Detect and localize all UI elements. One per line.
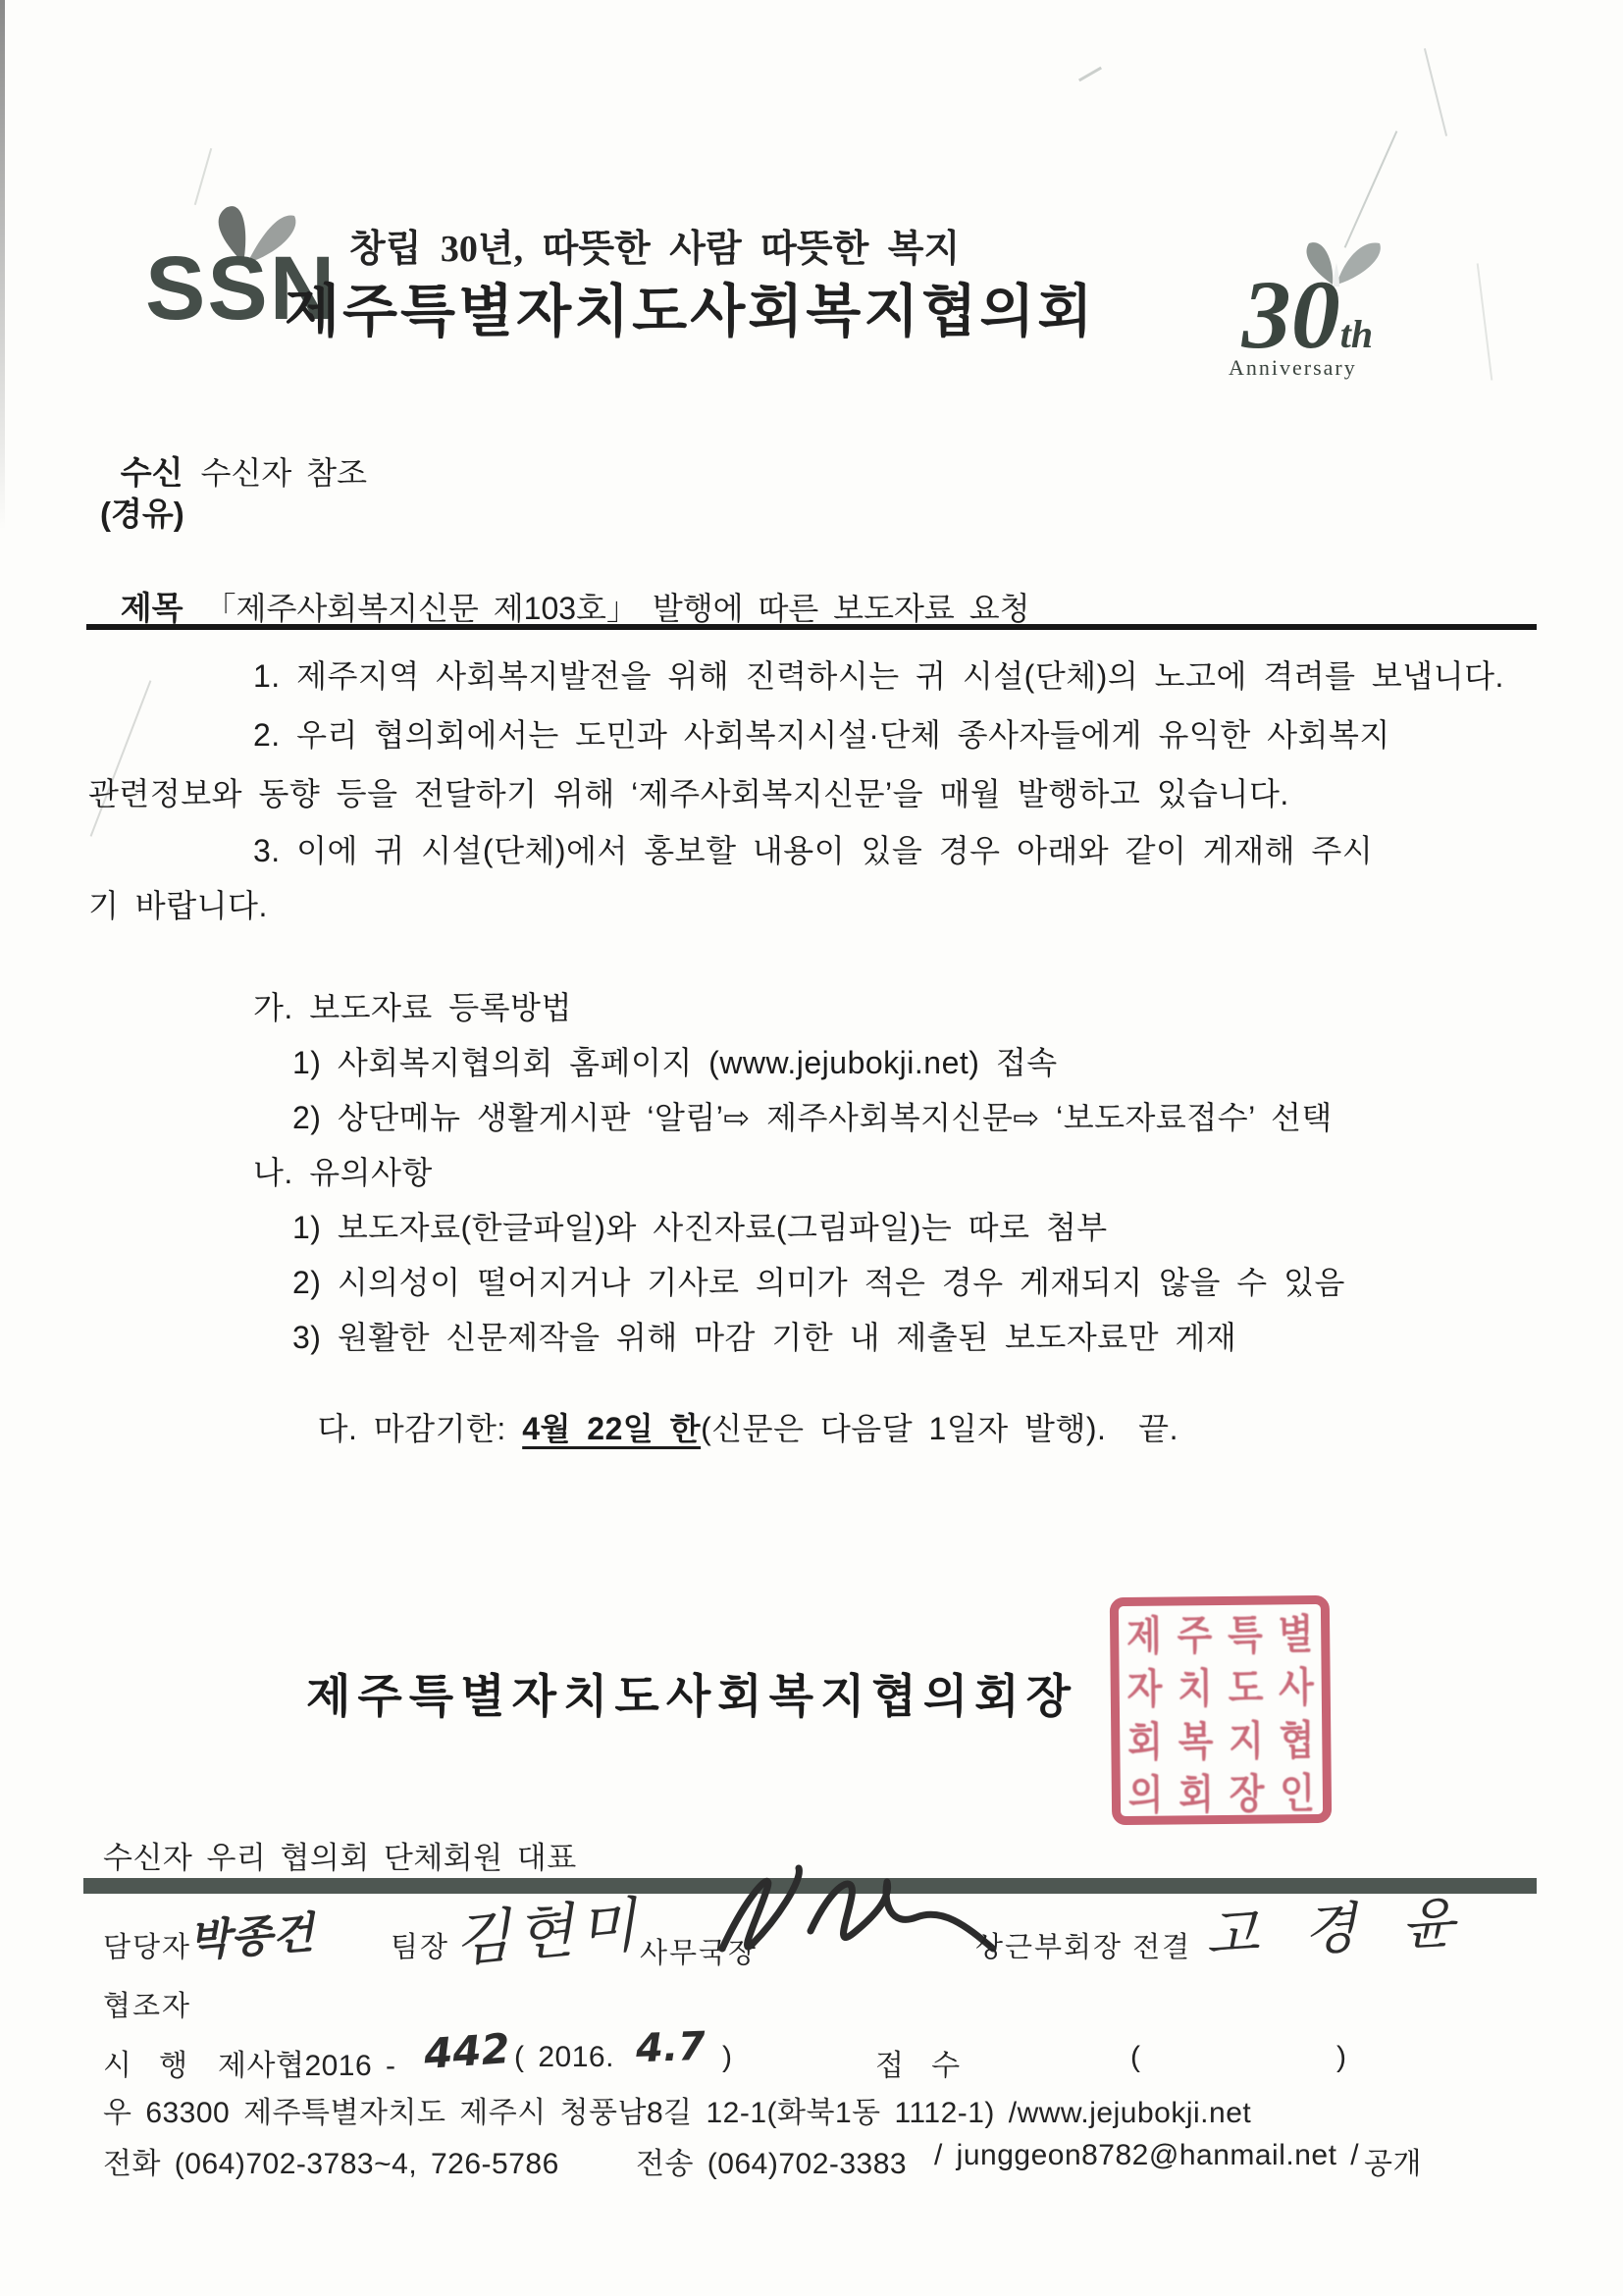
receipt-label: 접 수 xyxy=(875,2041,961,2084)
scan-artifact xyxy=(1078,67,1102,82)
official-seal-stamp: 제 주 특 별 자 치 도 사 회 복 지 협 의 회 장 인 xyxy=(1110,1595,1332,1825)
seal-char: 의 xyxy=(1121,1761,1172,1821)
approval-secretary-label: 사무국장 xyxy=(640,1931,758,1971)
via-line: (경유) xyxy=(100,489,184,535)
signature-title: 제주특별자치도사회복지협의회장 xyxy=(306,1660,1077,1726)
approval-vice-chair-signature: 고 경 윤 xyxy=(1203,1879,1470,1971)
section-ga-item2: 2) 상단메뉴 생활게시판 ‘알림’⇨ 제주사회복지신문⇨ ‘보도자료접수’ 선… xyxy=(292,1093,1333,1138)
seal-char: 주 xyxy=(1169,1602,1220,1662)
body-paragraph-3-line1: 3. 이에 귀 시설(단체)에서 홍보할 내용이 있을 경우 아래와 같이 게재… xyxy=(253,826,1373,871)
scan-artifact xyxy=(1424,48,1447,136)
seal-char: 회 xyxy=(1171,1761,1222,1821)
deadline-suffix: (신문은 다음달 1일자 발행). 끝. xyxy=(701,1411,1178,1446)
anniversary-number: 30 xyxy=(1242,260,1340,369)
seal-char: 특 xyxy=(1220,1601,1271,1661)
seal-char: 장 xyxy=(1222,1760,1273,1820)
subject-value: 「제주사회복지신문 제103호」 발행에 따른 보도자료 요청 xyxy=(205,591,1030,626)
anniversary-label: Anniversary xyxy=(1229,355,1357,381)
doc-exec-label: 시 행 xyxy=(103,2041,188,2084)
seal-char: 복 xyxy=(1170,1708,1221,1768)
recipient-value: 수신자 참조 xyxy=(201,455,367,491)
doc-date-prefix: ( 2016. xyxy=(514,2041,614,2074)
scan-artifact xyxy=(194,148,212,205)
footer-disclosure: 공개 xyxy=(1364,2139,1422,2182)
seal-characters: 제 주 특 별 자 치 도 사 회 복 지 협 의 회 장 인 xyxy=(1119,1604,1323,1816)
section-na-title: 나. 유의사항 xyxy=(253,1148,433,1193)
section-na-item3: 3) 원활한 신문제작을 위해 마감 기한 내 제출된 보도자료만 게재 xyxy=(292,1313,1236,1358)
seal-char: 인 xyxy=(1272,1760,1323,1820)
seal-char: 회 xyxy=(1120,1708,1171,1768)
letterhead-slogan: 창립 30년, 따뜻한 사람 따뜻한 복지 xyxy=(349,218,960,272)
section-ga-item1: 1) 사회복지협의회 홈페이지 (www.jejubokji.net) 접속 xyxy=(292,1038,1058,1083)
footer-recipient-line: 수신자 우리 협의회 단체회원 대표 xyxy=(103,1833,577,1877)
seal-char: 지 xyxy=(1221,1707,1272,1767)
seal-char: 도 xyxy=(1220,1654,1271,1714)
section-na-item2: 2) 시의성이 떨어지거나 기사로 의미가 적은 경우 게재되지 않을 수 있음 xyxy=(292,1258,1345,1303)
footer-phone: 전화 (064)702-3783~4, 726-5786 xyxy=(103,2139,559,2182)
seal-char: 제 xyxy=(1119,1602,1170,1662)
section-da-line: 다. 마감기한: 4월 22일 한(신문은 다음달 1일자 발행). 끝. xyxy=(253,1368,1178,1486)
doc-date-handwritten: 4.7 xyxy=(635,2024,706,2071)
approval-staff-label: 담당자 xyxy=(103,1925,191,1965)
deadline-prefix: 다. 마감기한: xyxy=(318,1411,523,1446)
approval-staff-signature: 박종건 xyxy=(186,1898,316,1969)
seal-char: 사 xyxy=(1271,1654,1322,1714)
section-ga-title: 가. 보도자료 등록방법 xyxy=(253,983,572,1028)
header-divider xyxy=(86,624,1537,630)
doc-date-suffix: ) xyxy=(722,2041,733,2074)
subject-line: 제목「제주사회복지신문 제103호」 발행에 따른 보도자료 요청 xyxy=(103,565,1030,647)
deadline-date: 4월 22일 한 xyxy=(522,1411,701,1446)
footer-email: / junggeon8782@hanmail.net / xyxy=(934,2139,1359,2172)
scan-artifact xyxy=(1477,263,1493,380)
body-paragraph-2-line2: 관련정보와 동향 등을 전달하기 위해 ‘제주사회복지신문’을 매월 발행하고 … xyxy=(88,769,1289,814)
scan-artifact xyxy=(1344,130,1398,248)
cooperator-label: 협조자 xyxy=(103,1984,191,2024)
body-paragraph-2-line1: 2. 우리 협의회에서는 도민과 사회복지시설·단체 종사자들에게 유익한 사회… xyxy=(253,710,1390,756)
seal-char: 협 xyxy=(1271,1707,1322,1767)
subject-label: 제목 xyxy=(121,590,183,626)
recipient-label: 수신 xyxy=(121,454,183,491)
body-paragraph-3-line2: 기 바랍니다. xyxy=(88,881,268,926)
footer-address: 우 63300 제주특별자치도 제주시 청풍남8길 12-1(화북1동 1112… xyxy=(103,2088,1251,2131)
seal-char: 별 xyxy=(1270,1601,1321,1661)
approval-team-leader-signature: 김현미 xyxy=(450,1878,646,1978)
approval-vice-chair-label: 상근부회장 전결 xyxy=(975,1925,1191,1965)
seal-char: 자 xyxy=(1119,1655,1170,1715)
letterhead-org-name: 제주특별자치도사회복지협의회 xyxy=(285,265,1095,347)
doc-number-handwritten: 442 xyxy=(422,2024,511,2078)
scan-artifact xyxy=(0,0,5,530)
seal-char: 치 xyxy=(1170,1655,1221,1715)
scanned-official-letter: SSN 창립 30년, 따뜻한 사람 따뜻한 복지 제주특별자치도사회복지협의회… xyxy=(0,0,1623,2296)
anniversary-suffix: th xyxy=(1340,312,1373,356)
approval-team-leader-label: 팀장 xyxy=(391,1925,449,1965)
footer-fax: 전송 (064)702-3383 xyxy=(636,2139,907,2182)
section-na-item1: 1) 보도자료(한글파일)와 사진자료(그림파일)는 따로 첨부 xyxy=(292,1203,1108,1248)
body-paragraph-1: 1. 제주지역 사회복지발전을 위해 진력하시는 귀 시설(단체)의 노고에 격… xyxy=(253,652,1504,697)
receipt-open-paren: ( xyxy=(1130,2041,1141,2074)
receipt-close-paren: ) xyxy=(1336,2041,1347,2074)
doc-number-prefix: 제사협2016 - xyxy=(218,2041,396,2084)
